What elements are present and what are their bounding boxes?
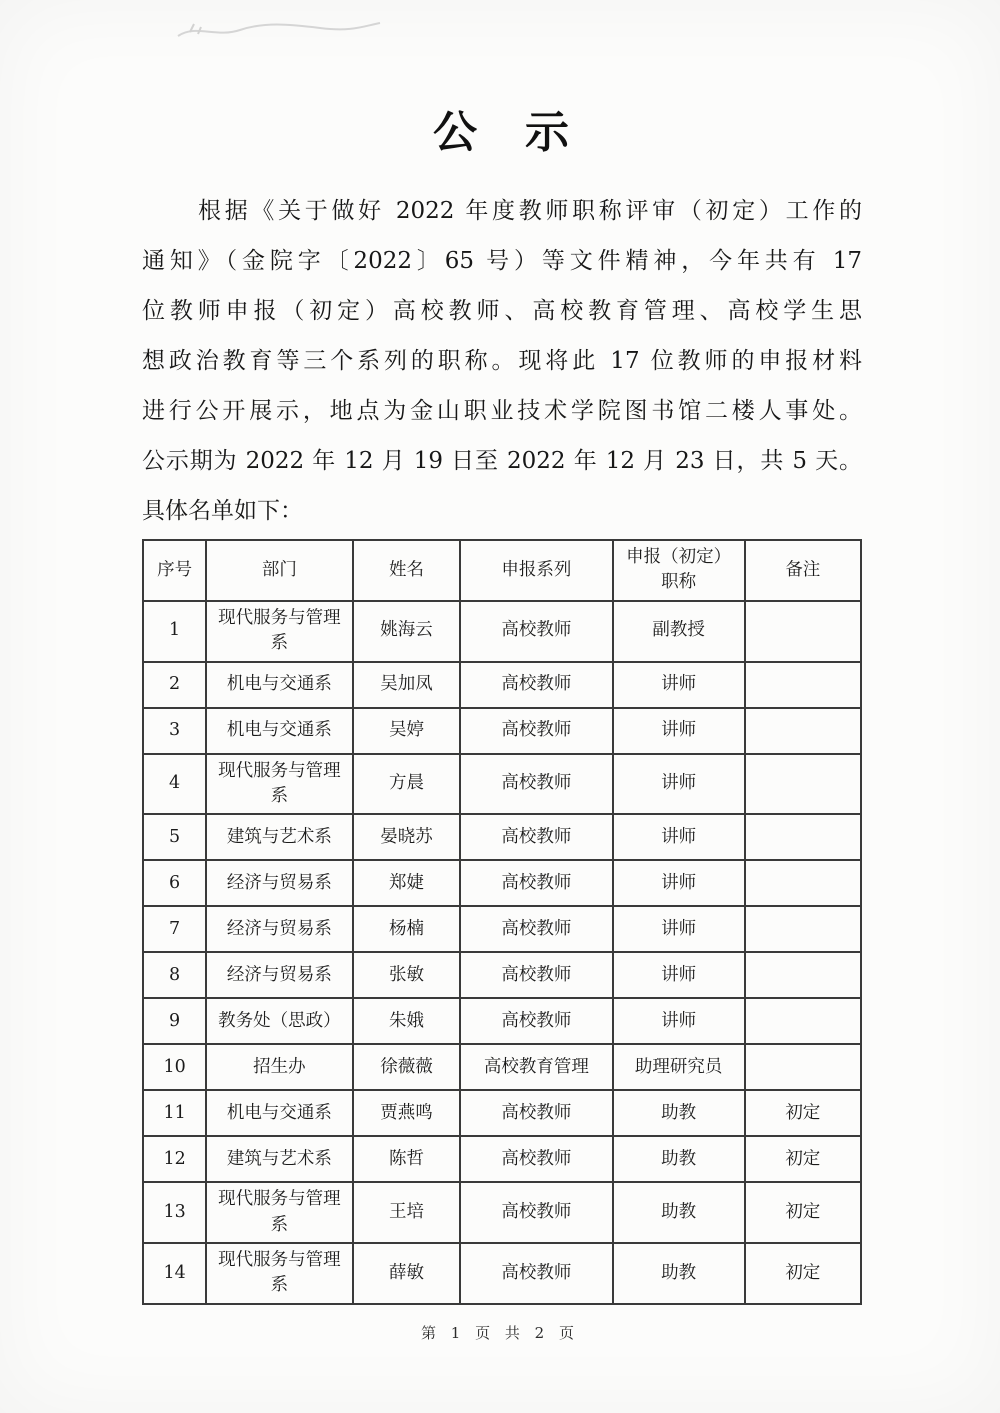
table-cell: 9 [143, 998, 206, 1044]
table-cell: 副教授 [613, 601, 745, 662]
table-cell: 现代服务与管理系 [206, 1243, 352, 1304]
table-header-cell: 申报系列 [460, 540, 612, 601]
table-cell: 高校教师 [460, 906, 612, 952]
table-cell: 11 [143, 1090, 206, 1136]
table-cell: 高校教师 [460, 814, 612, 860]
paragraph-line: 具体名单如下： [142, 486, 862, 536]
table-cell: 高校教师 [460, 1182, 612, 1243]
table-row: 14现代服务与管理系薛敏高校教师助教初定 [143, 1243, 861, 1304]
table-cell [745, 708, 861, 754]
table-cell: 高校教师 [460, 754, 612, 815]
table-cell [745, 814, 861, 860]
table-cell: 讲师 [613, 952, 745, 998]
table-cell: 吴加凤 [353, 662, 461, 708]
table-cell: 现代服务与管理系 [206, 1182, 352, 1243]
table-cell: 3 [143, 708, 206, 754]
table-cell: 讲师 [613, 998, 745, 1044]
table-cell: 薛敏 [353, 1243, 461, 1304]
table-cell: 吴婷 [353, 708, 461, 754]
table-row: 6经济与贸易系郑婕高校教师讲师 [143, 860, 861, 906]
table-header-cell: 序号 [143, 540, 206, 601]
table-cell: 王培 [353, 1182, 461, 1243]
table-cell: 6 [143, 860, 206, 906]
table-header-cell: 姓名 [353, 540, 461, 601]
paragraph-line: 位教师申报（初定）高校教师、高校教育管理、高校学生思 [142, 286, 862, 336]
table-cell: 4 [143, 754, 206, 815]
table-row: 1现代服务与管理系姚海云高校教师副教授 [143, 601, 861, 662]
table-cell: 机电与交通系 [206, 708, 352, 754]
table-cell: 5 [143, 814, 206, 860]
table-header-cell: 部门 [206, 540, 352, 601]
table-cell: 朱娥 [353, 998, 461, 1044]
table-cell [745, 860, 861, 906]
table-row: 2机电与交通系吴加凤高校教师讲师 [143, 662, 861, 708]
table-cell: 高校教师 [460, 1243, 612, 1304]
table-cell [745, 952, 861, 998]
table-cell: 讲师 [613, 860, 745, 906]
paragraph-line: 通知》（金院字〔2022〕65 号）等文件精神，今年共有 17 [142, 236, 862, 286]
table-row: 3机电与交通系吴婷高校教师讲师 [143, 708, 861, 754]
table-row: 8经济与贸易系张敏高校教师讲师 [143, 952, 861, 998]
table-cell: 高校教师 [460, 952, 612, 998]
table-header-cell: 备注 [745, 540, 861, 601]
table-cell: 2 [143, 662, 206, 708]
table-cell: 高校教师 [460, 601, 612, 662]
table-cell: 14 [143, 1243, 206, 1304]
page-footer: 第 1 页 共 2 页 [0, 1322, 1000, 1343]
table-cell: 初定 [745, 1182, 861, 1243]
table-cell: 晏晓苏 [353, 814, 461, 860]
table-cell: 高校教师 [460, 998, 612, 1044]
table-cell: 高校教师 [460, 1136, 612, 1182]
table-cell: 杨楠 [353, 906, 461, 952]
notice-paragraph: 根据《关于做好 2022 年度教师职称评审（初定）工作的通知》（金院字〔2022… [142, 186, 862, 536]
paragraph-line: 公示期为 2022 年 12 月 19 日至 2022 年 12 月 23 日，… [142, 436, 862, 486]
table-cell: 助教 [613, 1090, 745, 1136]
paragraph-line: 进行公开展示，地点为金山职业技术学院图书馆二楼人事处。 [142, 386, 862, 436]
table-cell: 高校教师 [460, 662, 612, 708]
table-header-row: 序号部门姓名申报系列申报（初定）职称备注 [143, 540, 861, 601]
table-cell: 讲师 [613, 906, 745, 952]
table-cell [745, 1044, 861, 1090]
table-cell [745, 754, 861, 815]
paragraph-line: 想政治教育等三个系列的职称。现将此 17 位教师的申报材料 [142, 336, 862, 386]
document-page: 公 示 根据《关于做好 2022 年度教师职称评审（初定）工作的通知》（金院字〔… [0, 0, 1000, 1413]
table-cell: 建筑与艺术系 [206, 814, 352, 860]
table-row: 4现代服务与管理系方晨高校教师讲师 [143, 754, 861, 815]
table-cell: 讲师 [613, 708, 745, 754]
notice-body: 公 示 根据《关于做好 2022 年度教师职称评审（初定）工作的通知》（金院字〔… [142, 96, 862, 1305]
table-header-cell: 申报（初定）职称 [613, 540, 745, 601]
table-cell: 贾燕鸣 [353, 1090, 461, 1136]
table-cell: 助教 [613, 1243, 745, 1304]
table-cell: 助理研究员 [613, 1044, 745, 1090]
applicants-table: 序号部门姓名申报系列申报（初定）职称备注 1现代服务与管理系姚海云高校教师副教授… [142, 539, 862, 1305]
table-cell: 助教 [613, 1182, 745, 1243]
table-cell: 1 [143, 601, 206, 662]
table-row: 11机电与交通系贾燕鸣高校教师助教初定 [143, 1090, 861, 1136]
table-cell: 机电与交通系 [206, 662, 352, 708]
table-cell [745, 601, 861, 662]
table-cell: 现代服务与管理系 [206, 754, 352, 815]
table-body: 1现代服务与管理系姚海云高校教师副教授2机电与交通系吴加凤高校教师讲师3机电与交… [143, 601, 861, 1304]
table-cell: 姚海云 [353, 601, 461, 662]
table-cell: 教务处（思政） [206, 998, 352, 1044]
table-cell: 建筑与艺术系 [206, 1136, 352, 1182]
table-cell: 7 [143, 906, 206, 952]
table-cell: 经济与贸易系 [206, 860, 352, 906]
table-row: 9教务处（思政）朱娥高校教师讲师 [143, 998, 861, 1044]
table-row: 13现代服务与管理系王培高校教师助教初定 [143, 1182, 861, 1243]
table-cell: 现代服务与管理系 [206, 601, 352, 662]
table-cell: 机电与交通系 [206, 1090, 352, 1136]
table-cell: 经济与贸易系 [206, 952, 352, 998]
table-cell: 初定 [745, 1243, 861, 1304]
paragraph-line: 根据《关于做好 2022 年度教师职称评审（初定）工作的 [142, 186, 862, 236]
table-cell: 初定 [745, 1136, 861, 1182]
table-row: 5建筑与艺术系晏晓苏高校教师讲师 [143, 814, 861, 860]
table-cell: 高校教师 [460, 708, 612, 754]
table-cell: 方晨 [353, 754, 461, 815]
table-row: 7经济与贸易系杨楠高校教师讲师 [143, 906, 861, 952]
table-cell [745, 906, 861, 952]
table-cell: 徐薇薇 [353, 1044, 461, 1090]
table-cell: 讲师 [613, 662, 745, 708]
table-row: 12建筑与艺术系陈哲高校教师助教初定 [143, 1136, 861, 1182]
table-cell: 初定 [745, 1090, 861, 1136]
table-cell: 讲师 [613, 754, 745, 815]
table-cell: 助教 [613, 1136, 745, 1182]
table-cell: 讲师 [613, 814, 745, 860]
table-cell: 高校教师 [460, 1090, 612, 1136]
table-cell: 郑婕 [353, 860, 461, 906]
table-cell: 8 [143, 952, 206, 998]
table-cell: 10 [143, 1044, 206, 1090]
table-row: 10招生办徐薇薇高校教育管理助理研究员 [143, 1044, 861, 1090]
page-title: 公 示 [142, 96, 862, 160]
table-cell: 经济与贸易系 [206, 906, 352, 952]
table-cell: 陈哲 [353, 1136, 461, 1182]
scan-artifact-mark [168, 12, 388, 48]
table-cell: 12 [143, 1136, 206, 1182]
table-cell: 张敏 [353, 952, 461, 998]
table-cell: 高校教师 [460, 860, 612, 906]
table-cell [745, 998, 861, 1044]
table-cell: 招生办 [206, 1044, 352, 1090]
table-cell: 高校教育管理 [460, 1044, 612, 1090]
table-cell [745, 662, 861, 708]
table-cell: 13 [143, 1182, 206, 1243]
